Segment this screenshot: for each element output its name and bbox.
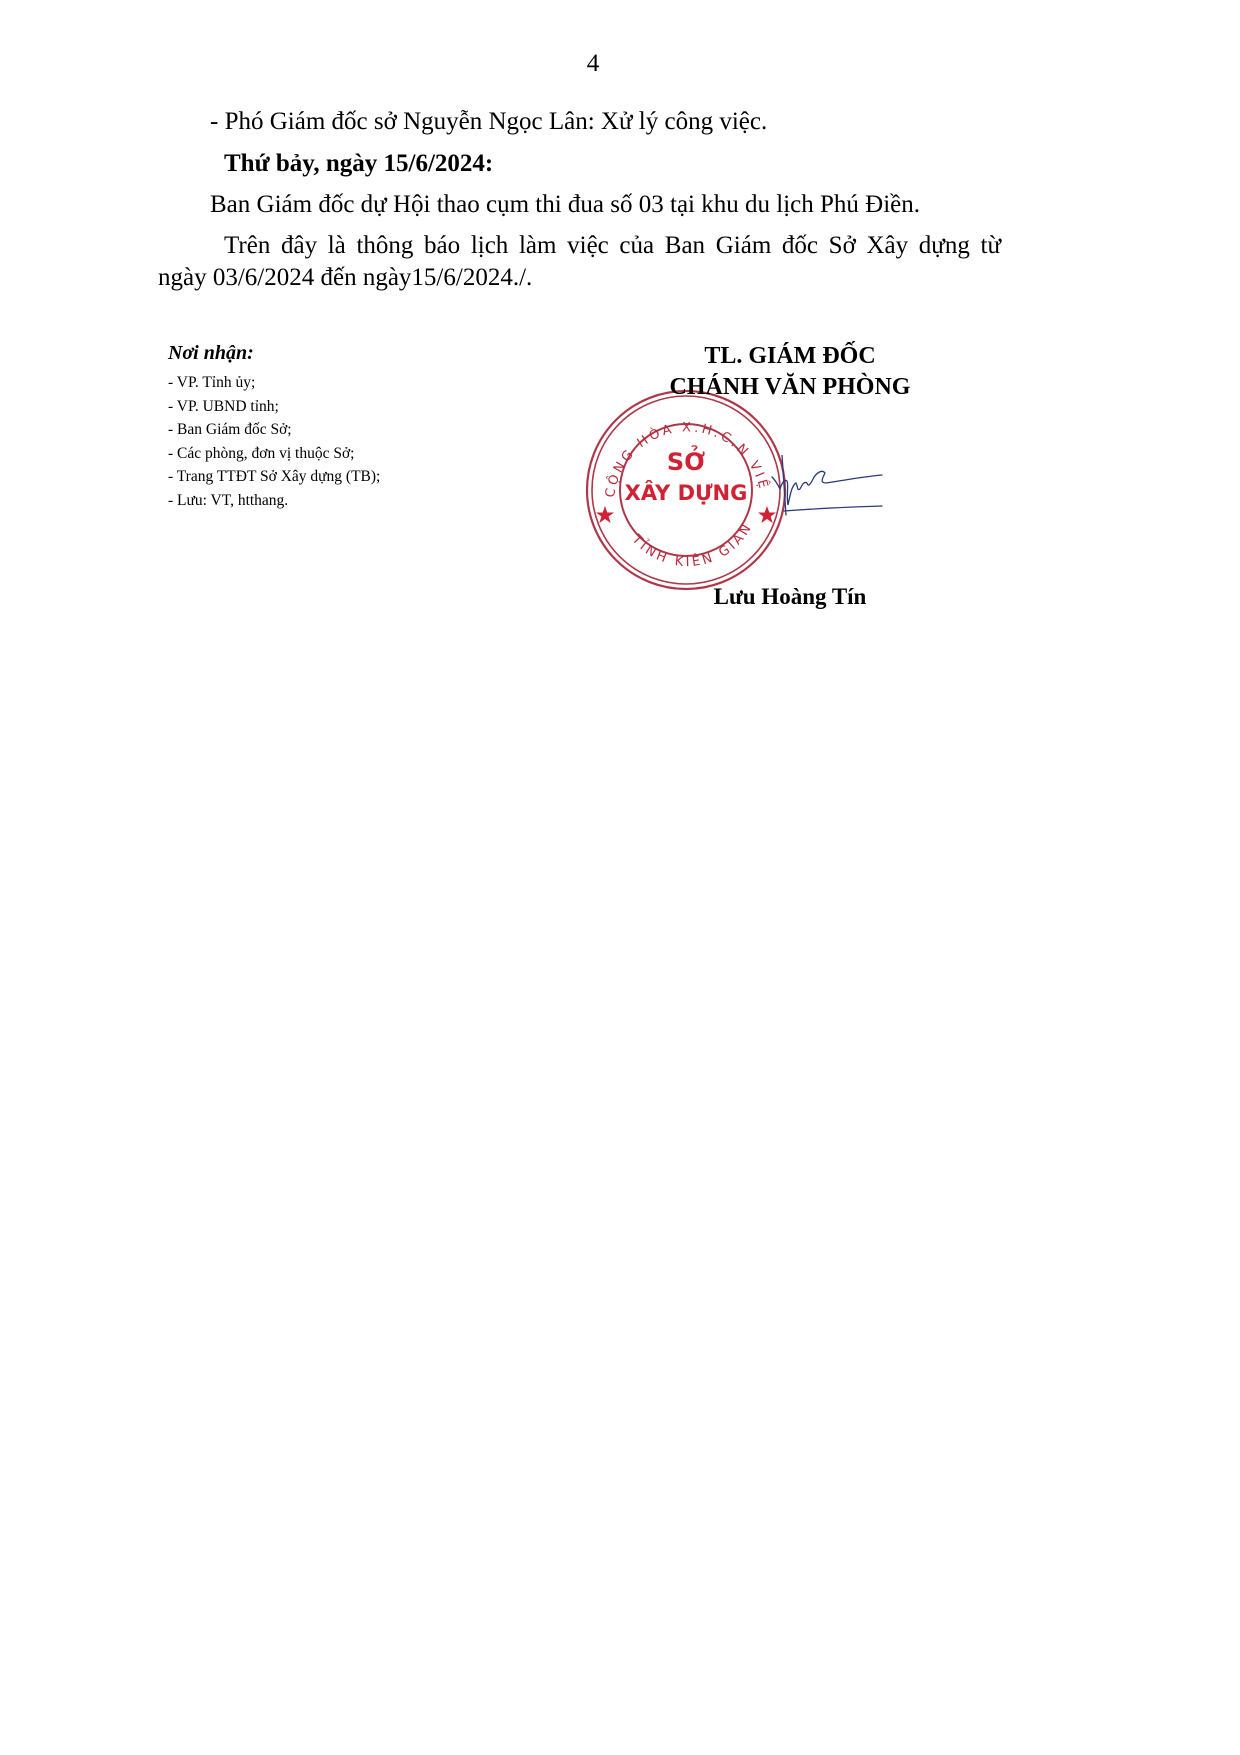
recipient-item: - Ban Giám đốc Sở; [168,418,380,442]
page-number: 4 [0,50,1186,78]
signature-title-line-1: TL. GIÁM ĐỐC [600,343,980,370]
official-stamp: CỘNG HÒA X.H.C.N VIỆT NAM TỈNH KIÊN GIAN… [584,388,788,592]
schedule-item: Ban Giám đốc dự Hội thao cụm thi đua số … [210,189,920,221]
schedule-item: - Phó Giám đốc sở Nguyễn Ngọc Lân: Xử lý… [210,106,767,138]
stamp-seal-icon: CỘNG HÒA X.H.C.N VIỆT NAM TỈNH KIÊN GIAN… [584,388,788,592]
closing-line-2: ngày 03/6/2024 đến ngày15/6/2024./. [158,262,1001,294]
recipients-title: Nơi nhận: [168,341,380,365]
recipient-item: - Trang TTĐT Sở Xây dựng (TB); [168,465,380,489]
star-icon [596,506,614,523]
closing-line-1: Trên đây là thông báo lịch làm việc của … [158,230,1001,262]
recipient-item: - Lưu: VT, htthang. [168,489,380,513]
recipient-item: - VP. UBND tỉnh; [168,395,380,419]
handwritten-signature [770,455,885,525]
signer-name: Lưu Hoàng Tín [600,584,980,610]
day-heading: Thứ bảy, ngày 15/6/2024: [224,148,493,180]
signature-title-line-2: CHÁNH VĂN PHÒNG [600,374,980,401]
recipients-block: Nơi nhận: - VP. Tỉnh ủy; - VP. UBND tỉnh… [168,341,380,512]
stamp-center-line-1: SỞ [667,443,705,476]
recipient-item: - Các phòng, đơn vị thuộc Sở; [168,442,380,466]
recipient-item: - VP. Tỉnh ủy; [168,371,380,395]
signature-scribble-icon [770,455,885,525]
closing-paragraph: Trên đây là thông báo lịch làm việc của … [158,230,1001,294]
stamp-center-line-2: XÂY DỰNG [625,480,748,505]
